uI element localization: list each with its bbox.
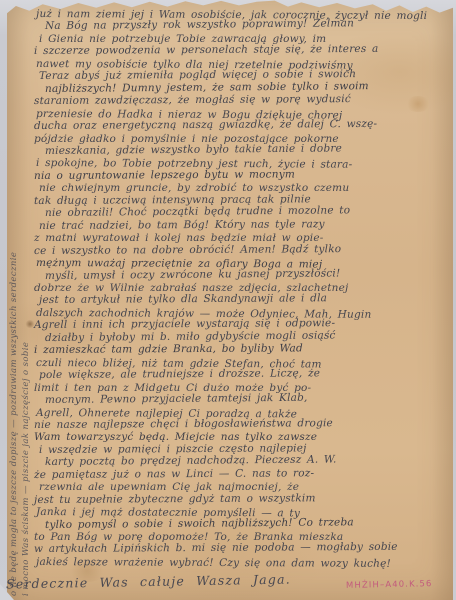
handwriting-line: ce i wszystko to na dobre obrócić! Amen!… (34, 242, 446, 257)
handwriting-line: mieszkania, gdzie wszystko było takie ta… (45, 141, 446, 157)
handwriting-line: nia o ugruntowanie lepszego bytu w mocny… (34, 167, 446, 182)
handwriting-line: pole większe, ale trudniejsze i droższe.… (39, 367, 446, 382)
handwriting-line: że pamiętasz już o nas w Linci — C. nas … (34, 466, 446, 481)
handwriting-line: i szczerze powodzenia w personelach staj… (34, 43, 446, 58)
archive-inventory-stamp: MHŻIH–A40.K.56 (346, 579, 433, 591)
handwriting-line: w artykułach Lipińskich b. mi się nie po… (34, 541, 446, 556)
handwriting-line: jakieś lepsze wrażenie wybrać! Czy się o… (36, 556, 446, 571)
handwritten-body: już i nam ziemi jej i Wam osobiście, jak… (34, 8, 446, 568)
handwriting-line: i zamieszkać tam gdzie Branka, bo byliby… (34, 342, 446, 357)
handwriting-line: tylko pomyśl o sobie i swoich najbliższy… (45, 515, 446, 531)
handwriting-line: mocnym. Pewno przyjaciele tamtejsi jak K… (45, 391, 446, 407)
margin-note-column: i mocno Was ściskam — piszcie jak najczę… (20, 4, 32, 596)
handwriting-line: Na Bóg na przyszły rok wszystko poprawim… (45, 17, 446, 33)
handwriting-line: nie trać nadziei, bo tam Bóg! Który nas … (39, 217, 446, 232)
handwriting-line: nie nasze najlepsze chęci i błogosławień… (34, 416, 446, 431)
left-margin-notes: o ile będę mogła to jeszcze dopiszę — po… (8, 4, 34, 596)
handwriting-line: ducha oraz energetyczną naszą gwiazdkę, … (34, 118, 446, 133)
handwriting-line: staraniom zawdzięczasz, że mogłaś się w … (34, 93, 446, 108)
margin-note-column: o ile będę mogła to jeszcze dopiszę — po… (8, 4, 20, 596)
handwriting-line: jest tu zupełnie zbyteczne gdyż tam o ws… (34, 491, 446, 506)
handwriting-line: jest to artykuł nie tylko dla Skandynawj… (39, 292, 446, 307)
scanned-letter-page: o ile będę mogła to jeszcze dopiszę — po… (0, 0, 456, 600)
